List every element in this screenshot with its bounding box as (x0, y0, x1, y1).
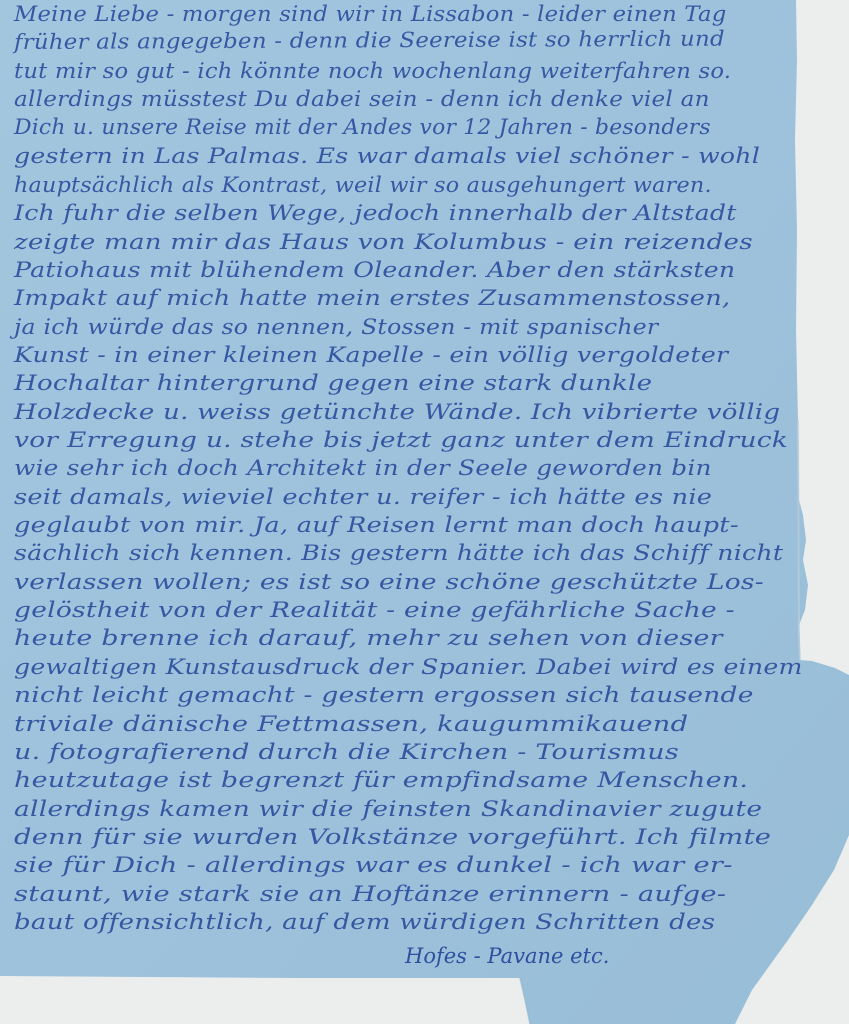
letter-line: vor Erregung u. stehe bis jetzt ganz unt… (14, 428, 788, 452)
letter-line: staunt, wie stark sie an Hoftänze erinne… (14, 882, 726, 906)
letter-line: Impakt auf mich hatte mein erstes Zusamm… (14, 286, 730, 310)
letter-paper: Meine Liebe - morgen sind wir in Lissabo… (0, 0, 849, 1024)
letter-line: hauptsächlich als Kontrast, weil wir so … (14, 173, 712, 197)
letter-line: früher als angegeben - denn die Seereise… (14, 27, 725, 54)
letter-line: seit damals, wieviel echter u. reifer - … (14, 485, 712, 509)
letter-line: Kunst - in einer kleinen Kapelle - ein v… (14, 343, 728, 367)
letter-line: gewaltigen Kunstausdruck der Spanier. Da… (14, 655, 803, 679)
letter-line: heute brenne ich darauf, mehr zu sehen v… (14, 626, 723, 650)
letter-line: allerdings müsstest Du dabei sein - denn… (14, 87, 710, 111)
letter-line: denn für sie wurden Volkstänze vorgeführ… (14, 825, 771, 849)
letter-line: geglaubt von mir. Ja, auf Reisen lernt m… (14, 513, 739, 537)
letter-line: sächlich sich kennen. Bis gestern hätte … (14, 541, 783, 565)
letter-line: sie für Dich - allerdings war es dunkel … (14, 853, 733, 877)
letter-line: Meine Liebe - morgen sind wir in Lissabo… (14, 2, 726, 26)
letter-line: tut mir so gut - ich könnte noch wochenl… (14, 59, 731, 83)
letter-signoff: Hofes - Pavane etc. (405, 944, 609, 968)
letter-line: triviale dänische Fettmassen, kaugummika… (14, 712, 688, 736)
letter-line: heutzutage ist begrenzt für empfindsame … (14, 768, 748, 792)
letter-line: verlassen wollen; es ist so eine schöne … (14, 570, 764, 594)
letter-line: u. fotografierend durch die Kirchen - To… (14, 740, 679, 764)
letter-line: nicht leicht gemacht - gestern ergossen … (14, 683, 754, 707)
letter-line: Holzdecke u. weiss getünchte Wände. Ich … (14, 400, 780, 424)
letter-line: Dich u. unsere Reise mit der Andes vor 1… (14, 115, 711, 139)
letter-line: Hochaltar hintergrund gegen eine stark d… (14, 371, 652, 395)
letter-line: gelöstheit von der Realität - eine gefäh… (14, 598, 735, 622)
letter-line: wie sehr ich doch Architekt in der Seele… (14, 456, 712, 480)
letter-line: baut offensichtlich, auf dem würdigen Sc… (14, 910, 715, 934)
letter-line: zeigte man mir das Haus von Kolumbus - e… (14, 230, 753, 254)
letter-line: Patiohaus mit blühendem Oleander. Aber d… (14, 258, 735, 282)
letter-line: Ich fuhr die selben Wege, jedoch innerha… (14, 201, 737, 225)
letter-line: ja ich würde das so nennen, Stossen - mi… (14, 315, 658, 339)
letter-line: gestern in Las Palmas. Es war damals vie… (14, 144, 760, 168)
letter-line: allerdings kamen wir die feinsten Skandi… (14, 797, 762, 821)
